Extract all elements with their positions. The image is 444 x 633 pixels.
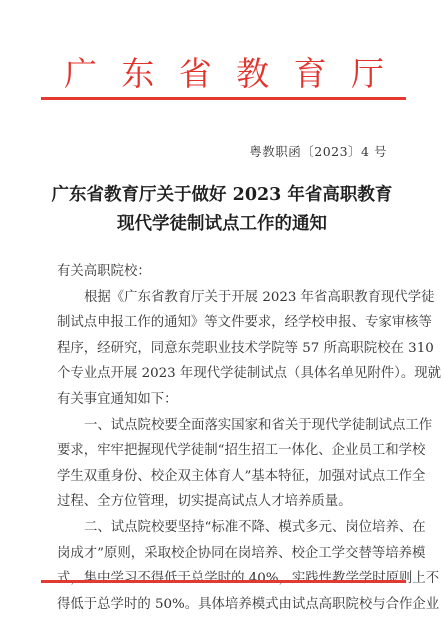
body-line: 根据《广东省教育厅关于开展 2023 年省高职教育现代学徒 [57, 285, 389, 311]
letterhead-char: 教 [236, 54, 269, 94]
document-title: 广东省教育厅关于做好 2023 年省高职教育 现代学徒制试点工作的通知 [0, 181, 444, 239]
body-line: 岗成才”原则，采取校企协同在岗培养、校企工学交替等培养模 [57, 541, 389, 567]
title-line-1: 广东省教育厅关于做好 2023 年省高职教育 [0, 181, 444, 210]
body-line: 程序，经研究，同意东莞职业技术学院等 57 所高职院校在 310 [57, 336, 389, 362]
footer-divider [41, 580, 406, 583]
letterhead-char: 厅 [351, 54, 384, 94]
body-line: 一、试点院校要全面落实国家和省关于现代学徒制试点工作 [57, 413, 389, 439]
letterhead-divider [41, 97, 406, 100]
body-line: 得低于总学时的 50%。具体培养模式由试点高职院校与合作企业 [57, 592, 389, 618]
body-line: 个专业点开展 2023 年现代学徒制试点（具体名单见附件）。现就 [57, 361, 389, 387]
document-number: 粤教职函〔2023〕4 号 [249, 143, 387, 161]
body-line: 学生双重身份、校企双主体育人”基本特征，加强对试点工作全 [57, 464, 389, 490]
letterhead-char: 广 [64, 54, 97, 94]
letterhead-char: 省 [179, 54, 212, 94]
body-line: 制试点申报工作的通知》等文件要求，经学校申报、专家审核等 [57, 310, 389, 336]
document-body: 有关高职院校： 根据《广东省教育厅关于开展 2023 年省高职教育现代学徒 制试… [57, 259, 389, 617]
document-page: 广 东 省 教 育 厅 粤教职函〔2023〕4 号 广东省教育厅关于做好 202… [0, 0, 444, 633]
letterhead-char: 育 [294, 54, 327, 94]
body-line: 有关事宜通知如下： [57, 387, 389, 413]
body-line: 过程、全方位管理，切实提高试点人才培养质量。 [57, 489, 389, 515]
letterhead-char: 东 [121, 54, 154, 94]
letterhead: 广 东 省 教 育 厅 [40, 54, 406, 94]
salutation: 有关高职院校： [57, 259, 389, 285]
title-line-2: 现代学徒制试点工作的通知 [0, 210, 444, 239]
body-line: 要求，牢牢把握现代学徒制“招生招工一体化、企业员工和学校 [57, 438, 389, 464]
body-line: 二、试点院校要坚持“标准不降、模式多元、岗位培养、在 [57, 515, 389, 541]
body-line: 式，集中学习不得低于总学时的 40%，实践性教学学时原则上不 [57, 566, 389, 592]
